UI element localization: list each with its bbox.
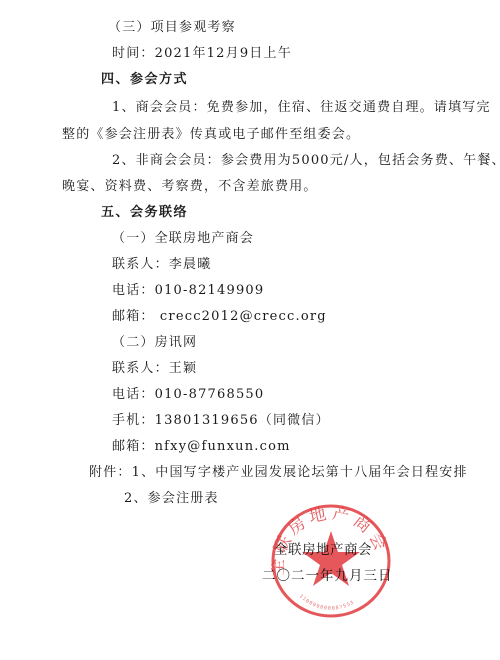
- visit-time: 时间：2021年12月9日上午: [112, 46, 292, 62]
- contact-email-2: 邮箱：nfxy@funxun.com: [112, 439, 291, 455]
- heading-attendance-method: 四、参会方式: [101, 72, 188, 88]
- nonmember-policy-line-1: 2、非商会会员：参会费用为5000元/人，包括会务费、午餐、: [112, 153, 500, 169]
- contact-phone-1: 电话：010-82149909: [112, 283, 264, 299]
- signature-date: 二〇二一年九月三日: [262, 568, 393, 584]
- member-policy-line-2: 整的《参会注册表》传真或电子邮件至组委会。: [62, 127, 360, 143]
- attachment-2: 2、参会注册表: [124, 491, 219, 507]
- contact-email-1: 邮箱： crecc2012@crecc.org: [112, 309, 327, 325]
- contact-person-2: 联系人：王颖: [112, 361, 197, 377]
- contact-mobile-2: 手机：13801319656（同微信）: [112, 413, 330, 429]
- contact-org-1: （一）全联房地产商会: [112, 231, 254, 247]
- signature-organization: 全联房地产商会: [274, 542, 372, 558]
- section-3-title: （三）项目参观考察: [108, 20, 236, 36]
- contact-org-2: （二）房讯网: [112, 335, 197, 351]
- member-policy-line-1: 1、商会会员：免费参加，住宿、往返交通费自理。请填写完: [112, 100, 491, 116]
- contact-phone-2: 电话：010-87768550: [112, 387, 264, 403]
- svg-text:110000000087553: 110000000087553: [298, 593, 356, 611]
- nonmember-policy-line-2: 晚宴、资料费、考察费，不含差旅费用。: [62, 179, 318, 195]
- contact-person-1: 联系人：李晨曦: [112, 257, 211, 273]
- official-seal-icon: 全联房地产商会 110000000087553: [271, 503, 391, 619]
- attachment-1: 附件：1、中国写字楼产业园发展论坛第十八届年会日程安排: [89, 465, 468, 481]
- heading-contacts: 五、会务联络: [101, 205, 188, 221]
